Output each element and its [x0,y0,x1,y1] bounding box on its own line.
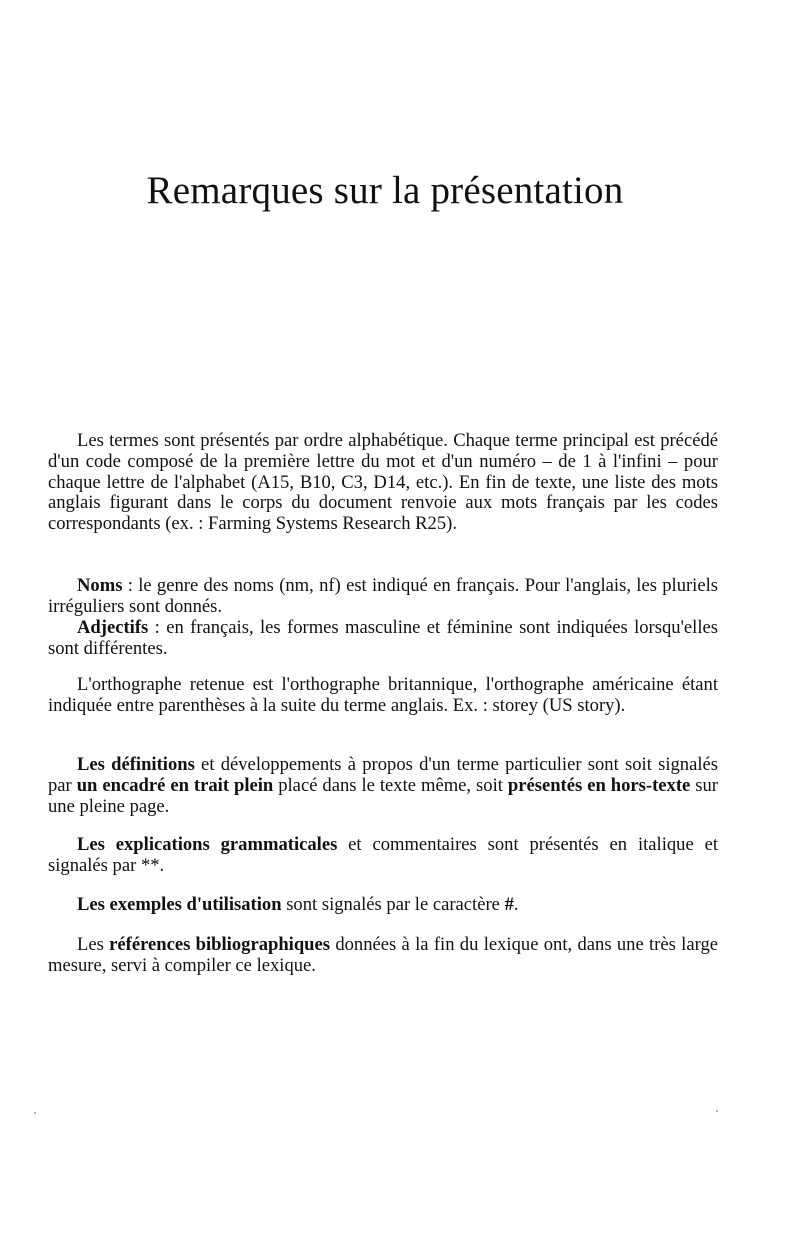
paragraph-text: Les termes sont présentés par ordre alph… [48,431,718,535]
orthographe-text: L'orthographe retenue est l'orthographe … [48,675,718,717]
paragraph-exemples: Les exemples d'utilisation sont signalés… [48,895,718,916]
document-page: Remarques sur la présentation Les termes… [0,0,800,1235]
paragraph-definitions: Les définitions et développements à prop… [48,755,718,817]
exemples-text: sont signalés par le caractère [282,894,505,915]
page-title: Remarques sur la présentation [0,168,770,213]
noms-text: : le genre des noms (nm, nf) est indiqué… [48,575,718,617]
scan-speck [34,1112,36,1114]
paragraph-grammaire: Les explications grammaticales et commen… [48,835,718,877]
paragraph-presentation-order: Les termes sont présentés par ordre alph… [48,431,718,535]
label-noms: Noms [77,575,122,596]
label-encadre: un encadré en trait plein [77,775,274,796]
scan-speck [716,1110,718,1112]
paragraph-adjectifs: Adjectifs : en français, les formes masc… [48,618,718,660]
exemples-end: . [514,894,519,915]
label-exemples: Les exemples d'utilisation [77,894,282,915]
label-hash: # [505,894,514,915]
paragraph-noms: Noms : le genre des noms (nm, nf) est in… [48,576,718,618]
label-explications: Les explications grammaticales [77,834,337,855]
label-hors-texte: présentés en hors-texte [508,775,690,796]
paragraph-references: Les références bibliographiques données … [48,935,718,977]
label-definitions: Les définitions [77,754,195,775]
paragraph-orthographe: L'orthographe retenue est l'orthographe … [48,675,718,717]
definitions-text-2: placé dans le texte même, soit [273,775,508,796]
adjectifs-text: : en français, les formes masculine et f… [48,617,718,659]
label-adjectifs: Adjectifs [77,617,148,638]
label-references: références bibliographiques [109,934,330,955]
references-start: Les [77,934,109,955]
